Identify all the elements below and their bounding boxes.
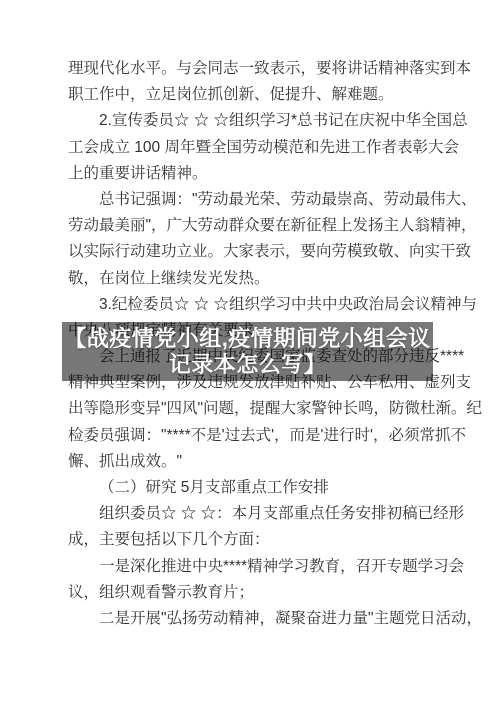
- document-line: 敬，在岗位上继续发光发热。: [68, 266, 460, 292]
- document-line: 以实际行动建功立业。大家表示，要向劳模致敬、向实干致: [68, 239, 460, 265]
- document-line: 上的重要讲话精神。: [68, 161, 460, 187]
- document-line: 总书记强调："劳动最光荣、劳动最崇高、劳动最伟大、: [68, 187, 460, 213]
- document-line: 出等隐形变异"四风"问题，提醒大家警钟长鸣，防微杜渐。纪: [68, 396, 460, 422]
- document-line: （二）研究 5月支部重点工作安排: [68, 475, 460, 501]
- article-page: 理现代化水平。与会同志一致表示，要将讲话精神落实到本职工作中，立足岗位抓创新、促…: [0, 0, 500, 706]
- document-line: 劳动最美丽"，广大劳动群众要在新征程上发扬主人翁精神，: [68, 213, 460, 239]
- document-line: 懈、抓出成效。": [68, 449, 460, 475]
- document-line: 一是深化推进中央****精神学习教育，召开专题学习会: [68, 554, 460, 580]
- document-line: 3.纪检委员☆ ☆ ☆组织学习中共中央政治局会议精神与: [68, 292, 460, 318]
- document-line: 组织委员☆ ☆ ☆：本月支部重点任务安排初稿已经形: [68, 501, 460, 527]
- document-line: 理现代化水平。与会同志一致表示，要将讲话精神落实到本: [68, 56, 460, 82]
- document-line: 二是开展"弘扬劳动精神，凝聚奋进力量"主题党日活动，: [68, 606, 460, 632]
- document-line: 职工作中，立足岗位抓创新、促提升、解难题。: [68, 82, 460, 108]
- overlay-title-line2: 记录本怎么写】: [169, 352, 327, 378]
- document-line: 检委员强调："****不是'过去式'，而是'进行时'，必须常抓不: [68, 423, 460, 449]
- document-line: 成，主要包括以下几个方面：: [68, 527, 460, 553]
- document-line: 2.宣传委员☆ ☆ ☆组织学习*总书记在庆祝中华全国总: [68, 108, 460, 134]
- document-line: 议，组织观看警示教育片；: [68, 580, 460, 606]
- title-overlay-banner: 【战疫情党小组,疫情期间党小组会议 记录本怎么写】: [62, 322, 433, 381]
- document-line: 工会成立 100 周年暨全国劳动模范和先进工作者表彰大会: [68, 135, 460, 161]
- overlay-title-line1: 【战疫情党小组,疫情期间党小组会议: [64, 326, 431, 352]
